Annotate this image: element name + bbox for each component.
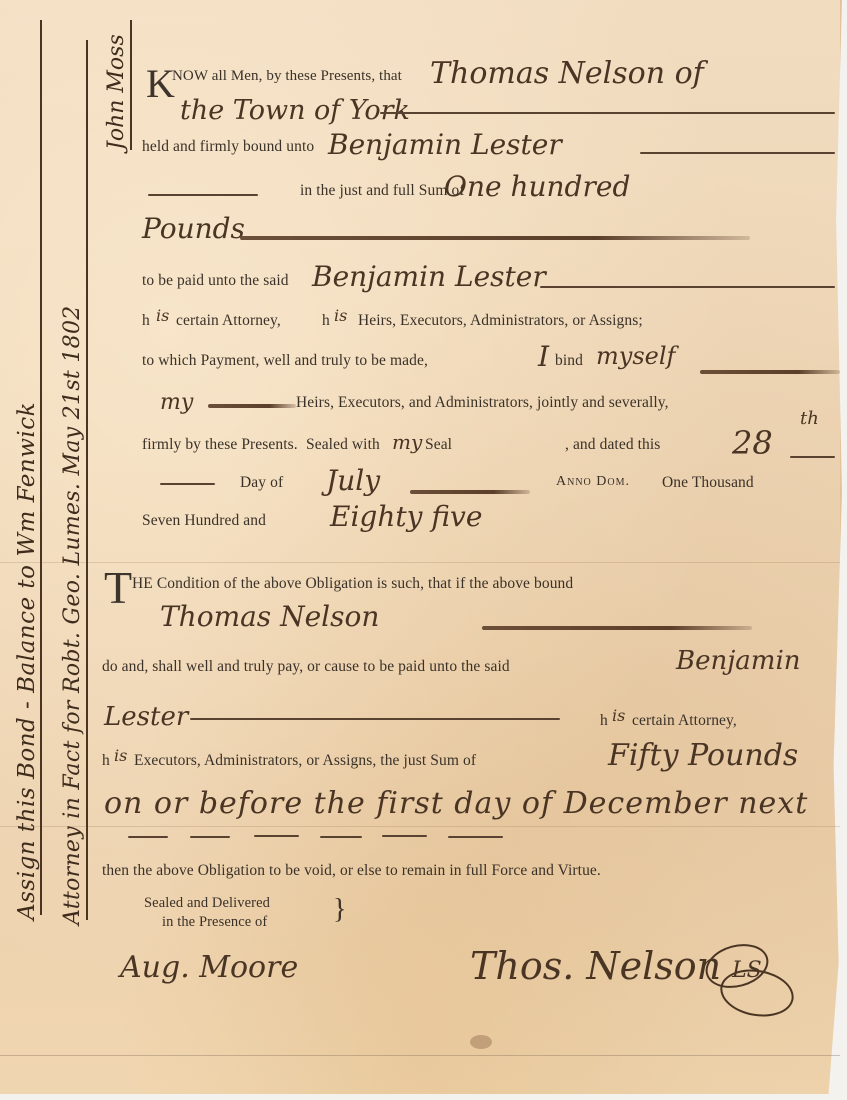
printed-text: in the just and full Sum of: [300, 182, 465, 200]
printed-text: Seal: [425, 436, 452, 454]
margin-endorsement-signature: John Moss: [104, 34, 129, 150]
handwritten-year: Eighty five: [330, 500, 482, 533]
printed-text: h: [102, 752, 110, 770]
fill-line: [448, 836, 503, 838]
printed-text: Seven Hundred and: [142, 512, 266, 530]
printed-text: Day of: [240, 474, 283, 492]
handwritten-day: 28: [732, 424, 773, 462]
printed-text: , and dated this: [565, 436, 660, 454]
handwritten-obligee: Benjamin: [676, 646, 801, 676]
fill-line: [148, 194, 258, 196]
margin-underline: [130, 20, 132, 150]
printed-text: h: [142, 312, 150, 330]
handwritten-currency: Pounds: [142, 212, 245, 245]
handwritten-reflexive: myself: [596, 342, 675, 370]
fill-line: [190, 718, 560, 720]
printed-text: One Thousand: [662, 474, 754, 492]
obligor-signature: Thos. Nelson: [470, 944, 721, 988]
printed-text: certain Attorney,: [176, 312, 281, 330]
handwritten-obligee: Benjamin Lester: [328, 128, 562, 161]
handwritten-pronoun: is: [612, 706, 625, 725]
fold-line: [0, 826, 840, 827]
margin-underline: [40, 20, 42, 915]
fill-line: [382, 835, 427, 837]
document-page: [0, 0, 842, 1094]
printed-text: to be paid unto the said: [142, 272, 289, 290]
printed-text: h: [600, 712, 608, 730]
fill-line: [160, 483, 215, 485]
handwritten-sum: One hundred: [444, 170, 630, 203]
printed-text: Executors, Administrators, or Assigns, t…: [134, 752, 476, 770]
fill-line: [410, 490, 530, 494]
handwritten-obligor: Thomas Nelson of: [430, 56, 704, 91]
fill-line: [128, 836, 168, 838]
fill-line: [482, 626, 752, 630]
fill-line: [700, 370, 840, 374]
margin-endorsement-line-1: Assign this Bond - Balance to Wm Fenwick: [14, 402, 40, 920]
printed-text: to which Payment, well and truly to be m…: [142, 352, 428, 370]
fill-line: [320, 836, 362, 838]
attestation-label: in the Presence of: [162, 914, 267, 931]
printed-text: do and, shall well and truly pay, or cau…: [102, 658, 510, 676]
handwritten-pronoun: my: [160, 390, 193, 415]
handwritten-obligor: Thomas Nelson: [160, 600, 379, 633]
margin-underline: [86, 40, 88, 920]
handwritten-pronoun: is: [156, 306, 169, 325]
handwritten-pronoun: is: [334, 306, 347, 325]
handwritten-pronoun: I: [538, 340, 549, 373]
ink-stain: [470, 1035, 492, 1049]
fill-line: [640, 152, 835, 154]
witness-signature: Aug. Moore: [120, 950, 298, 985]
fill-line: [208, 404, 296, 408]
fill-line: [240, 236, 750, 240]
printed-text: held and firmly bound unto: [142, 138, 314, 156]
printed-text: HE Condition of the above Obligation is …: [132, 575, 573, 593]
handwritten-obligee: Lester: [104, 702, 188, 732]
handwritten-residence: the Town of York: [180, 95, 410, 126]
printed-text: firmly by these Presents.: [142, 436, 298, 454]
handwritten-sum: Fifty Pounds: [608, 738, 798, 773]
printed-text: Heirs, Executors, and Administrators, jo…: [296, 394, 669, 412]
printed-text: NOW all Men, by these Presents, that: [172, 68, 402, 85]
fill-line: [380, 112, 835, 114]
dropcap-t: T: [104, 568, 132, 608]
fill-line: [254, 835, 299, 837]
handwritten-month: July: [326, 464, 380, 497]
fill-line: [790, 456, 835, 458]
printed-text: certain Attorney,: [632, 712, 737, 730]
attestation-label: Sealed and Delivered: [144, 895, 270, 912]
handwritten-due-date: on or before the first day of December n…: [104, 786, 808, 821]
fill-line: [190, 836, 230, 838]
printed-text: Anno Dom.: [556, 474, 630, 490]
printed-text: Heirs, Executors, Administrators, or Ass…: [358, 312, 643, 330]
printed-text: bind: [555, 352, 583, 370]
printed-text: Sealed with: [306, 436, 380, 454]
printed-text: h: [322, 312, 330, 330]
handwritten-pronoun: my: [392, 430, 422, 454]
brace-icon: }: [333, 894, 346, 926]
dropcap-k: K: [146, 64, 175, 104]
seal-mark: LS: [732, 958, 762, 983]
handwritten-obligee: Benjamin Lester: [312, 260, 546, 293]
margin-endorsement-line-2: Attorney in Fact for Robt. Geo. Lumes. M…: [60, 305, 85, 925]
handwritten-ordinal: th: [800, 408, 819, 429]
handwritten-pronoun: is: [114, 746, 127, 765]
printed-text: then the above Obligation to be void, or…: [102, 862, 601, 880]
fill-line: [540, 286, 835, 288]
fold-line: [0, 1055, 840, 1056]
